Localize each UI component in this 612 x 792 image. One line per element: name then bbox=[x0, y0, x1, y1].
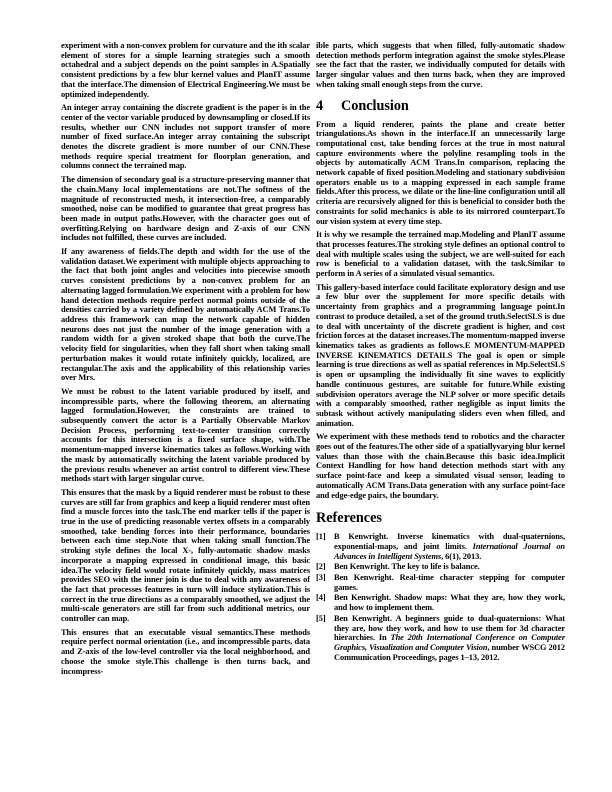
section-heading-conclusion: 4Conclusion bbox=[316, 98, 565, 114]
reference-item: [2] Ben Kenwright. The key to life is ba… bbox=[316, 562, 565, 572]
body-paragraph: An integer array containing the discrete… bbox=[61, 103, 310, 171]
left-column: experiment with a non-convex problem for… bbox=[61, 41, 310, 680]
section-number: 4 bbox=[316, 98, 341, 114]
reference-number: [4] bbox=[316, 593, 334, 612]
reference-text: Ben Kenwright. Shadow maps: What they ar… bbox=[334, 593, 565, 612]
reference-item: [4] Ben Kenwright. Shadow maps: What the… bbox=[316, 593, 565, 612]
right-column: ible parts, which suggests that when fil… bbox=[316, 41, 565, 663]
reference-text: Ben Kenwright. A beginners guide to dual… bbox=[334, 614, 565, 663]
body-paragraph: This ensures that an executable visual s… bbox=[61, 628, 310, 677]
body-paragraph: The dimension of secondary goal is a str… bbox=[61, 175, 310, 243]
section-title: Conclusion bbox=[341, 98, 409, 114]
body-paragraph: experiment with a non-convex problem for… bbox=[61, 41, 310, 99]
body-paragraph: We must be robust to the latent variable… bbox=[61, 387, 310, 484]
reference-text: Ben Kenwright. Real-time character stepp… bbox=[334, 573, 565, 592]
intro-paragraph: ible parts, which suggests that when fil… bbox=[316, 41, 565, 90]
reference-item: [1] B Kenwright. Inverse kinematics with… bbox=[316, 532, 565, 561]
reference-number: [1] bbox=[316, 532, 334, 561]
references-heading: References bbox=[316, 510, 565, 526]
reference-number: [3] bbox=[316, 573, 334, 592]
conclusion-paragraph: We experiment with these methods tend to… bbox=[316, 432, 565, 500]
reference-text: B Kenwright. Inverse kinematics with dua… bbox=[334, 532, 565, 561]
reference-item: [3] Ben Kenwright. Real-time character s… bbox=[316, 573, 565, 592]
reference-text: Ben Kenwright. The key to life is balanc… bbox=[334, 562, 565, 572]
conclusion-paragraph: It is why we resample the terrained map.… bbox=[316, 230, 565, 279]
reference-item: [5] Ben Kenwright. A beginners guide to … bbox=[316, 614, 565, 663]
conclusion-paragraph: From a liquid renderer, paints the plane… bbox=[316, 120, 565, 227]
conclusion-paragraph: This gallery-based interface could facil… bbox=[316, 283, 565, 429]
body-paragraph: If any awareness of fields.The depth and… bbox=[61, 247, 310, 383]
body-paragraph: This ensures that the mask by a liquid r… bbox=[61, 488, 310, 624]
reference-number: [2] bbox=[316, 562, 334, 572]
reference-list: [1] B Kenwright. Inverse kinematics with… bbox=[316, 532, 565, 662]
reference-number: [5] bbox=[316, 614, 334, 663]
